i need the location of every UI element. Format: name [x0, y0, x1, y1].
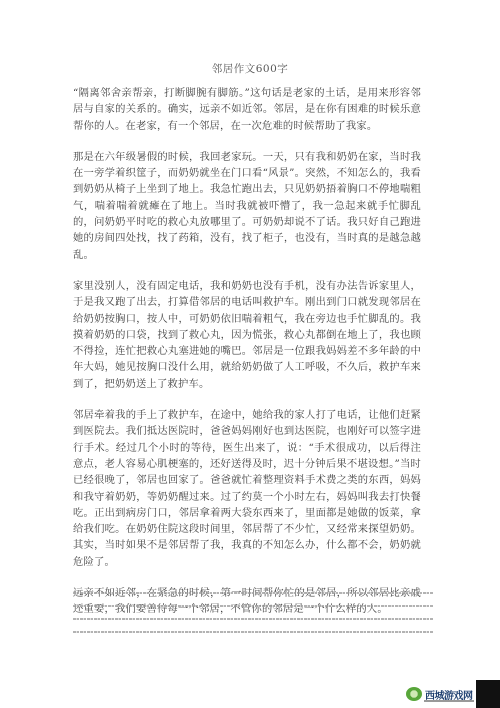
- fine-print-block: [73, 592, 433, 644]
- fine-print-line: [73, 618, 433, 620]
- paragraph-intro: “隔离邻舍亲帮亲，打断脚腕有脚筋。”这句话是老家的土话，是用来形容邻居与自家的关…: [73, 85, 421, 134]
- watermark-url-line: [424, 700, 474, 702]
- paragraph-incident: 那是在六年级暑假的时候，我回老家玩。一天，只有我和奶奶在家，当时我在一旁学着织筐…: [73, 149, 421, 263]
- site-logo-icon: [406, 687, 422, 701]
- paragraph-hospital: 邻居牵着我的手上了救护车，在途中，她给我的家人打了电话，让他们赶紧到医院去。我们…: [73, 407, 421, 570]
- watermark-badge: 西城游戏网: [404, 680, 476, 708]
- document-title: 邻居作文600字: [0, 61, 500, 76]
- paragraph-rescue: 家里没别人，没有固定电话，我和奶奶也没有手机，没有办法告诉家里人，于是我又跑了出…: [73, 278, 421, 392]
- fine-print-line: [73, 605, 433, 607]
- document-body: “隔离邻舍亲帮亲，打断脚腕有脚筋。”这句话是老家的土话，是用来形容邻居与自家的关…: [73, 85, 421, 633]
- fine-print-line: [73, 631, 433, 633]
- site-watermark: 西城游戏网: [404, 680, 500, 708]
- fine-print-line: [73, 592, 433, 594]
